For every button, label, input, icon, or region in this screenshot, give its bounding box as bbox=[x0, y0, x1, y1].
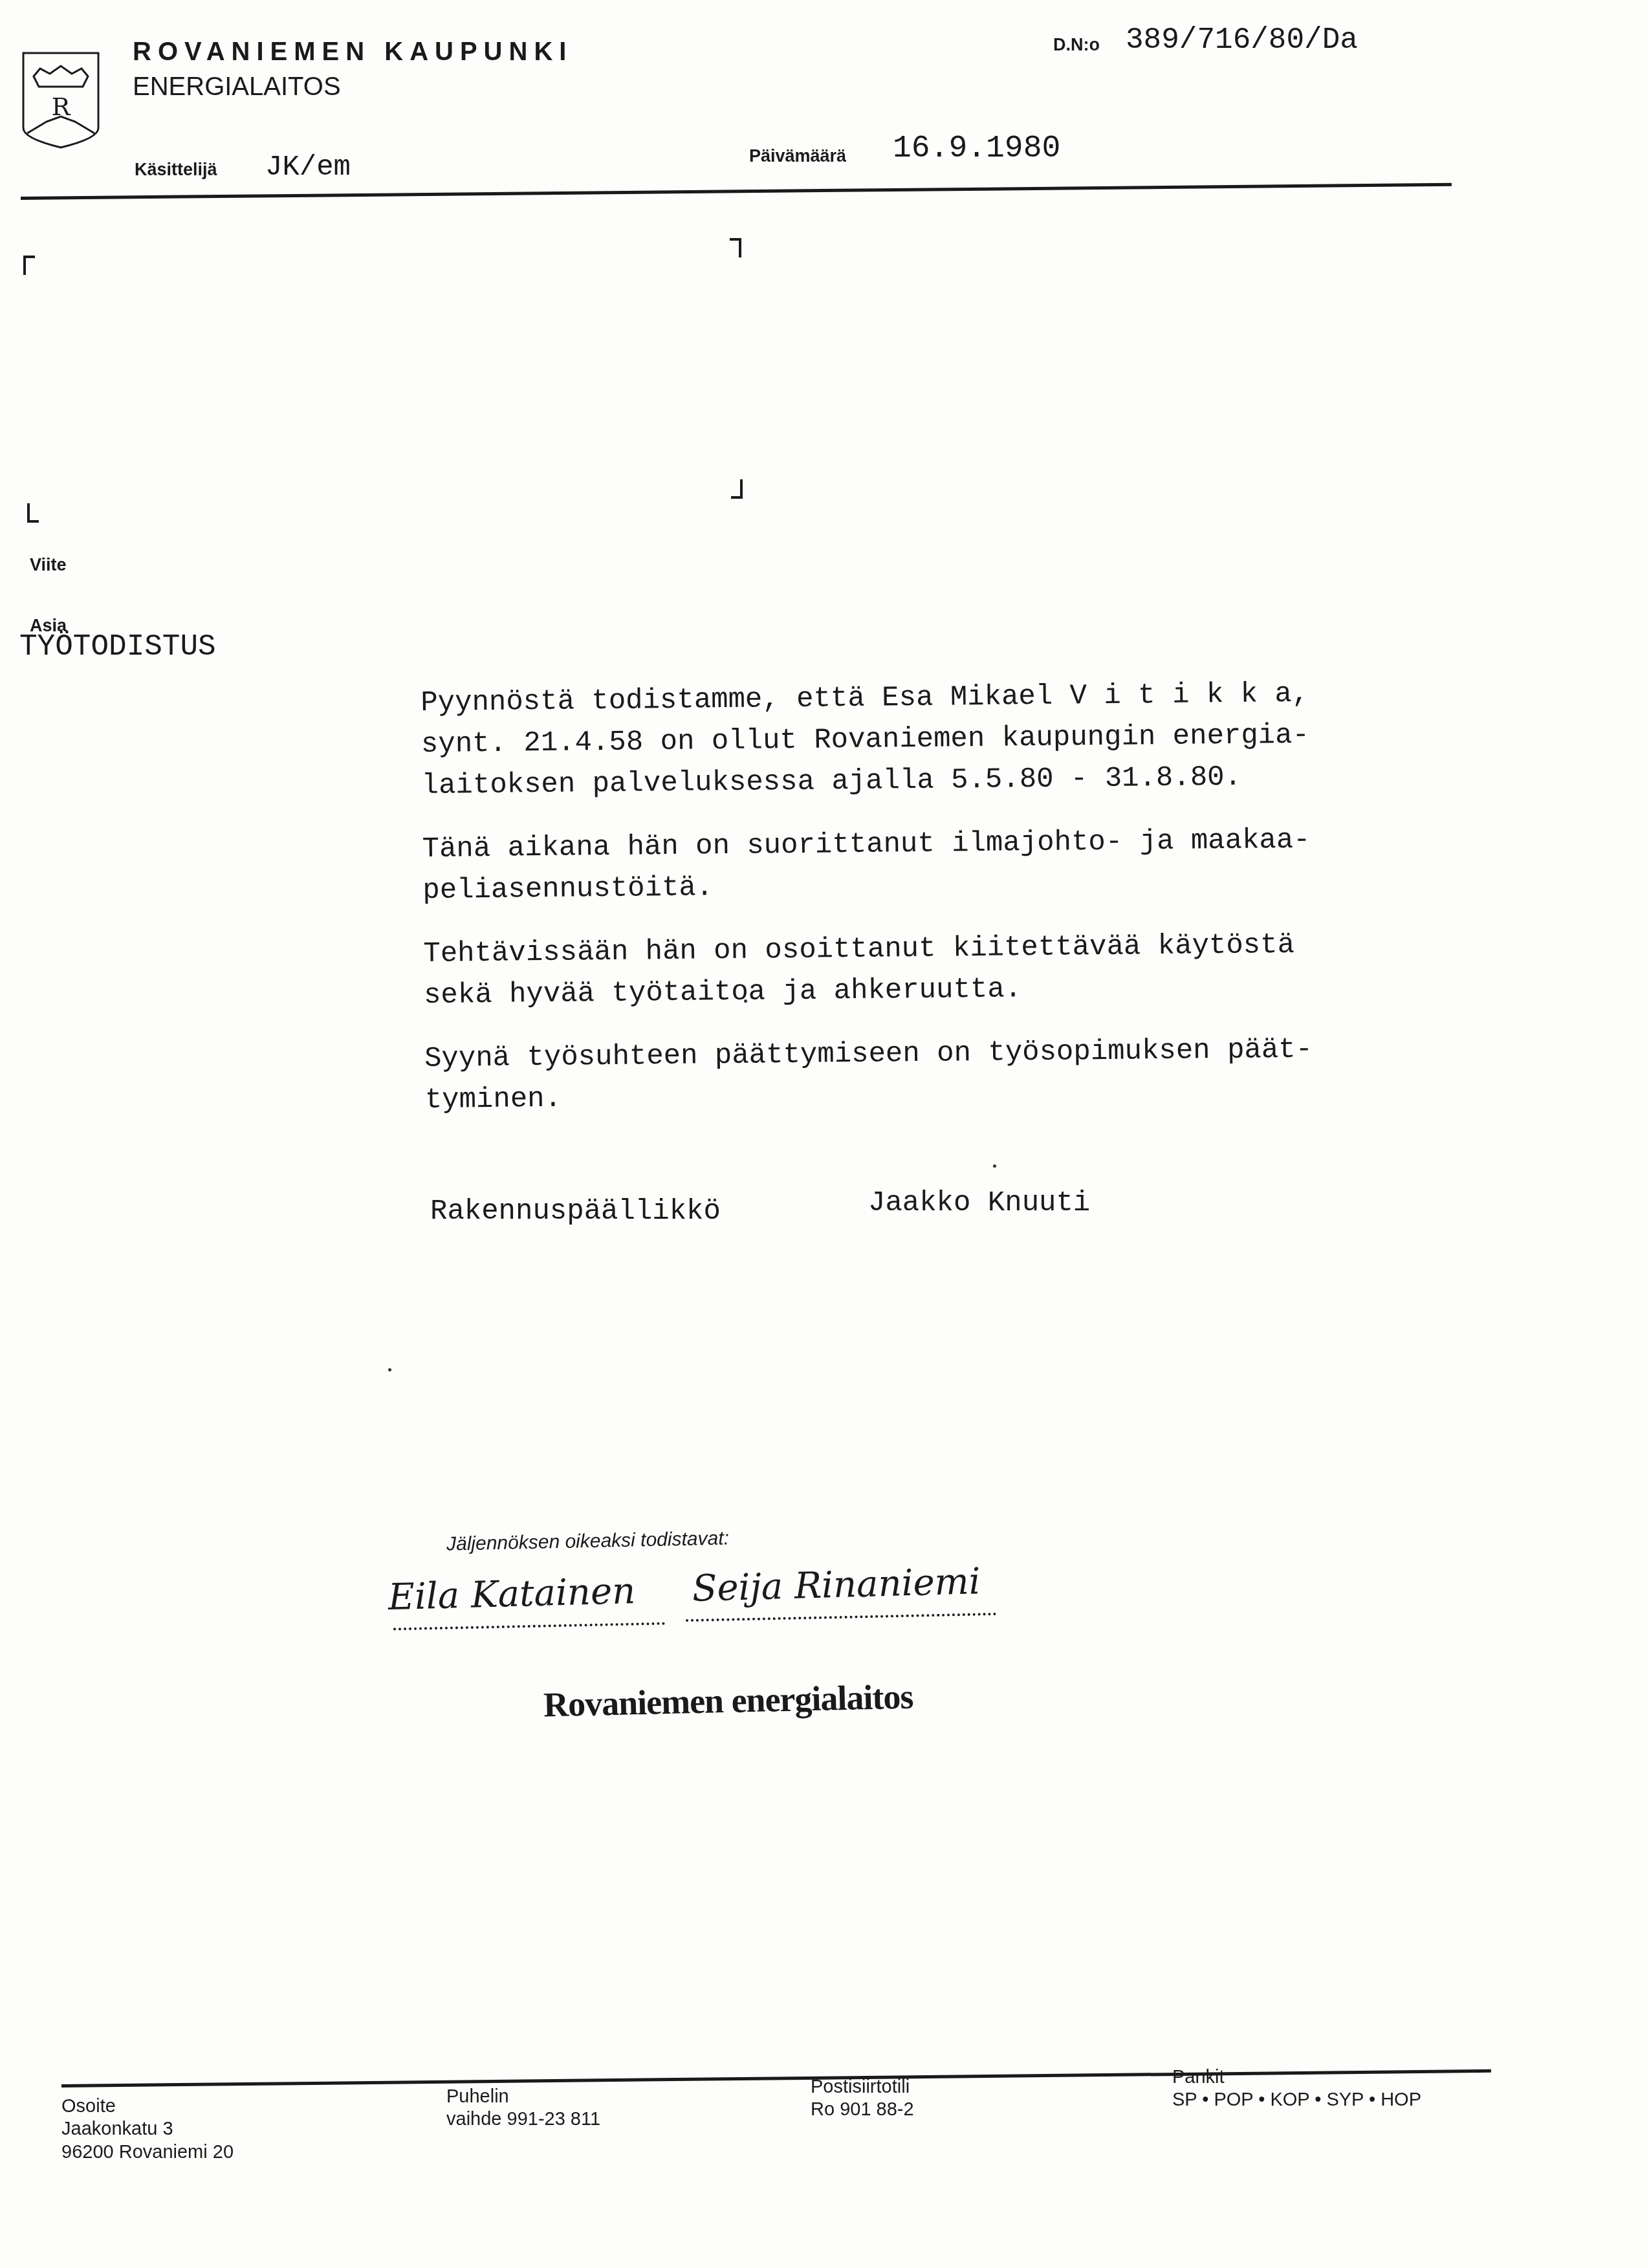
body-paragraph: Pyynnöstä todistamme, että Esa Mikael V … bbox=[420, 671, 1496, 807]
reference-label: Viite bbox=[30, 555, 67, 575]
address-window-corner-top-right bbox=[730, 238, 741, 257]
body-paragraph: Tänä aikana hän on suorittanut ilmajohto… bbox=[422, 818, 1496, 911]
handwritten-signature: Seija Rinaniemi bbox=[692, 1560, 981, 1610]
document-number-label: D.N:o bbox=[1053, 35, 1100, 55]
banks-label: Pankit bbox=[1172, 2067, 1421, 2088]
footer-address: Osoite Jaakonkatu 3 96200 Rovaniemi 20 bbox=[61, 2096, 234, 2164]
subject-value: TYÖTODISTUS bbox=[19, 630, 216, 664]
date-label: Päivämäärä bbox=[749, 146, 846, 166]
banks-value: SP • POP • KOP • SYP • HOP bbox=[1172, 2088, 1421, 2111]
footer-giro: Postisiirtotili Ro 901 88-2 bbox=[811, 2077, 914, 2121]
signer-title: Rakennuspäällikkö bbox=[430, 1195, 721, 1228]
address-label: Osoite bbox=[61, 2096, 234, 2117]
organization-name: ROVANIEMEN KAUPUNKI bbox=[133, 38, 573, 67]
header-divider bbox=[21, 183, 1452, 200]
phone-value: vaihde 991-23 811 bbox=[446, 2108, 600, 2131]
signer-name: Jaakko Knuuti bbox=[868, 1187, 1090, 1219]
handler-value: JK/em bbox=[265, 151, 351, 184]
address-window-corner-bottom-right bbox=[731, 479, 743, 499]
address-line: Jaakonkatu 3 bbox=[61, 2117, 234, 2141]
scan-speck bbox=[388, 1368, 391, 1371]
body-paragraph: Tehtävissään hän on osoittanut kiitettäv… bbox=[423, 922, 1498, 1016]
scan-speck bbox=[744, 999, 747, 1003]
giro-value: Ro 901 88-2 bbox=[811, 2098, 914, 2121]
address-window-corner-top-left bbox=[23, 256, 35, 275]
date-value: 16.9.1980 bbox=[893, 131, 1060, 166]
phone-label: Puhelin bbox=[446, 2086, 600, 2108]
signature-line bbox=[686, 1613, 996, 1622]
handler-label: Käsittelijä bbox=[135, 160, 217, 180]
body-paragraph: Syynä työsuhteen päättymiseen on työsopi… bbox=[424, 1027, 1499, 1121]
coat-of-arms-icon: R bbox=[21, 50, 101, 151]
footer-banks: Pankit SP • POP • KOP • SYP • HOP bbox=[1172, 2067, 1421, 2111]
letter-body: Pyynnöstä todistamme, että Esa Mikael V … bbox=[420, 671, 1499, 1143]
address-window-corner-bottom-left bbox=[27, 503, 39, 523]
organization-stamp: Rovaniemen energialaitos bbox=[543, 1677, 913, 1725]
handwritten-signature: Eila Katainen bbox=[388, 1570, 636, 1619]
organization-unit: ENERGIALAITOS bbox=[133, 72, 341, 102]
signature-line bbox=[393, 1622, 665, 1631]
address-line: 96200 Rovaniemi 20 bbox=[61, 2141, 234, 2164]
giro-label: Postisiirtotili bbox=[811, 2077, 914, 2098]
certification-label: Jäljennöksen oikeaksi todistavat: bbox=[446, 1527, 730, 1555]
footer-phone: Puhelin vaihde 991-23 811 bbox=[446, 2086, 600, 2131]
document-number-value: 389/716/80/Da bbox=[1126, 23, 1358, 57]
scan-speck bbox=[993, 1164, 996, 1168]
